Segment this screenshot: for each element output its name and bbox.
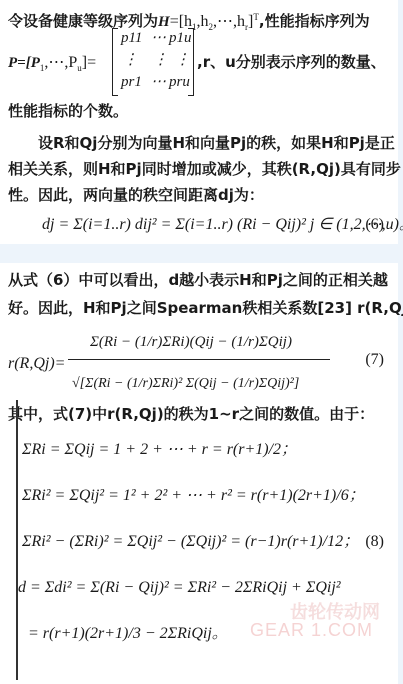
equation-8-row-4: d = Σdi² = Σ(Ri − Qij)² = ΣRi² − 2ΣRiQij… (18, 579, 341, 597)
fraction-bar (68, 359, 330, 360)
matrix-cell: p11 (121, 30, 142, 47)
paragraph-line-6: 性。因此，两向量的秩空间距离dj为： (8, 186, 264, 204)
matrix-definition-line: P=[P1,⋯,Pu]= (8, 53, 96, 77)
watermark-en: GEAR 1.COM (250, 620, 373, 641)
matrix-cell: ⋮ (123, 50, 138, 69)
paragraph-line-3: 其中，式(7)中r(R,Qj)的秩为1~r之间的数值。由于： (8, 405, 374, 423)
equation-8-row-3: ΣRi² − (ΣRi)² = ΣQij² − (ΣQij)² = (r−1)r… (22, 533, 359, 551)
paragraph-line-3: 性能指标的个数。 (8, 102, 128, 120)
matrix-cell: ⋯ (151, 28, 166, 47)
equation-6: dj = Σ(i=1..r) dij² = Σ(i=1..r) (Ri − Qi… (42, 216, 403, 234)
paragraph-line-4: 设R和Qj分别为向量H和向量Pj的秩，如果H和Pj是正 (38, 134, 395, 152)
paragraph-line-1: 从式（6）中可以看出，d越小表示H和Pj之间的正相关越 (8, 271, 388, 289)
performance-matrix: p11 ⋯ p1u ⋮ ⋮ ⋮ pr1 ⋯ pru (112, 28, 194, 96)
paragraph-line-5: 相关关系，则H和Pj同时增加或减少，其秩(R,Qj)具有同步 (8, 160, 401, 178)
equation-7-numerator: Σ(Ri − (1/r)ΣRi)(Qij − (1/r)ΣQij) (90, 333, 292, 351)
matrix-cell: ⋯ (151, 72, 166, 91)
matrix-cell: ⋮ (153, 50, 168, 69)
matrix-cell: ⋮ (175, 50, 190, 69)
equation-8-row-5: = r(r+1)(2r+1)/3 − 2ΣRiQij。 (28, 625, 228, 643)
matrix-cell: pr1 (121, 74, 142, 91)
equation-number-8: (8) (365, 533, 384, 551)
equation-brace (16, 400, 18, 680)
text-panel-top: 令设备健康等级序列为H=[h1,h2,⋯,hr]T,性能指标序列为 P=[P1,… (0, 0, 398, 244)
matrix-cell: p1u (169, 30, 192, 47)
paragraph-line-2: 好。因此，H和Pj之间Spearman秩相关系数[23] r(R,Qj)为 (8, 299, 403, 317)
matrix-cell: pru (169, 74, 190, 91)
equation-number-6: (6) (365, 216, 384, 234)
equation-8-row-2: ΣRi² = ΣQij² = 1² + 2² + ⋯ + r² = r(r+1)… (22, 487, 365, 505)
equation-7-denominator: √[Σ(Ri − (1/r)ΣRi)² Σ(Qij − (1/r)ΣQij)²] (72, 375, 299, 393)
equation-8-row-1: ΣRi = ΣQij = 1 + 2 + ⋯ + r = r(r+1)/2； (22, 441, 297, 459)
matrix-description: ,r、u分别表示序列的数量、 (197, 53, 386, 71)
equation-7-lhs: r(R,Qj)= (8, 355, 65, 373)
equation-number-7: (7) (365, 351, 384, 369)
